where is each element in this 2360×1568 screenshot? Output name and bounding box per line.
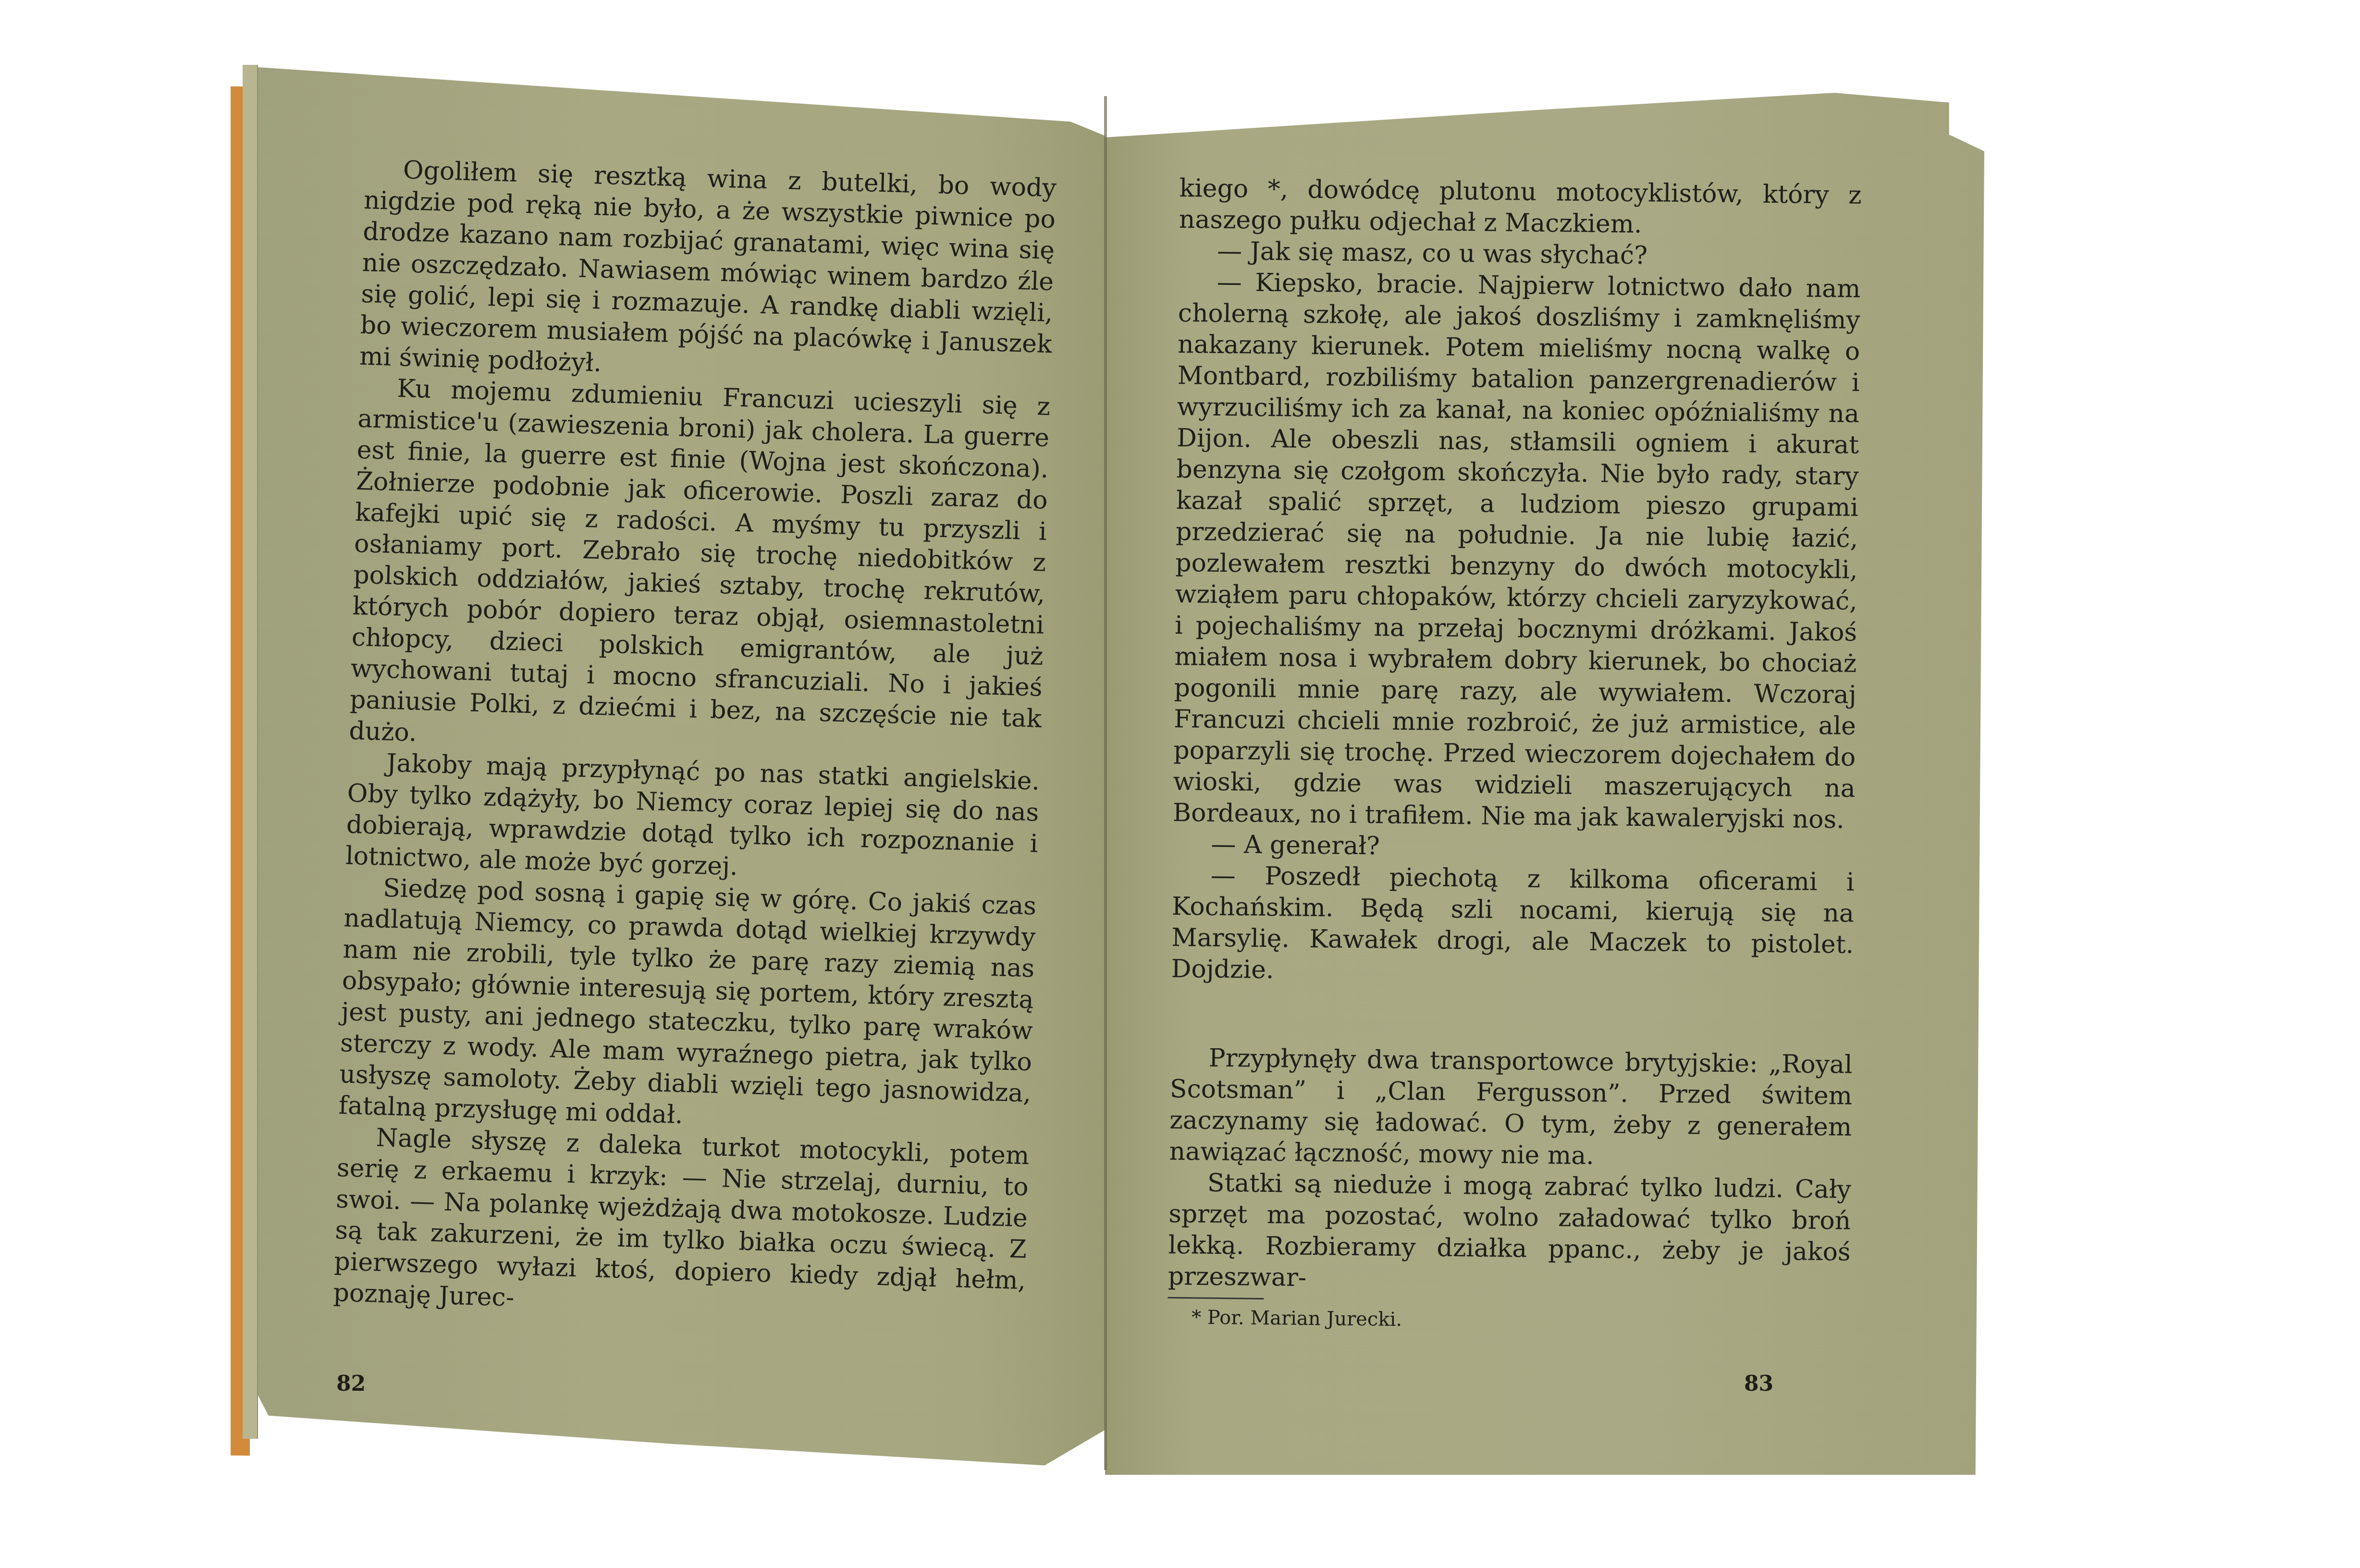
book-gutter	[1104, 96, 1107, 1470]
paragraph: Nagle słyszę z daleka turkot motocykli, …	[333, 1121, 1030, 1328]
paragraph: Siedzę pod sosną i gapię się w górę. Co …	[338, 871, 1037, 1140]
open-book: Ogoliłem się resztką wina z butelki, bo …	[0, 0, 2360, 1568]
right-page-text: kiego *, dowódcę plutonu motocyklistów, …	[1168, 173, 1862, 1336]
paragraph: Jakoby mają przypłynąć po nas statki ang…	[345, 747, 1040, 891]
dialogue-line: — Poszedł piechotą z kilkoma oficerami i…	[1171, 860, 1855, 992]
paragraph: Statki są nieduże i mogą zabrać tylko lu…	[1168, 1167, 1852, 1299]
paragraph: Przypłynęły dwa transportowce brytyjskie…	[1169, 1042, 1853, 1175]
left-page-stack-edge	[243, 65, 258, 1439]
left-page-text: Ogoliłem się resztką wina z butelki, bo …	[333, 154, 1057, 1328]
dialogue-line: — Kiepsko, bracie. Najpierw lotnictwo da…	[1173, 267, 1861, 836]
page-number-right: 83	[1744, 1372, 1773, 1396]
paragraph: Ogoliłem się resztką wina z butelki, bo …	[359, 154, 1057, 392]
paragraph: Ku mojemu zdumieniu Francuzi ucieszyli s…	[349, 372, 1051, 766]
footnote-divider	[1168, 1297, 1264, 1299]
page-number-left: 82	[336, 1372, 366, 1396]
paragraph: kiego *, dowódcę plutonu motocyklistów, …	[1179, 173, 1862, 243]
